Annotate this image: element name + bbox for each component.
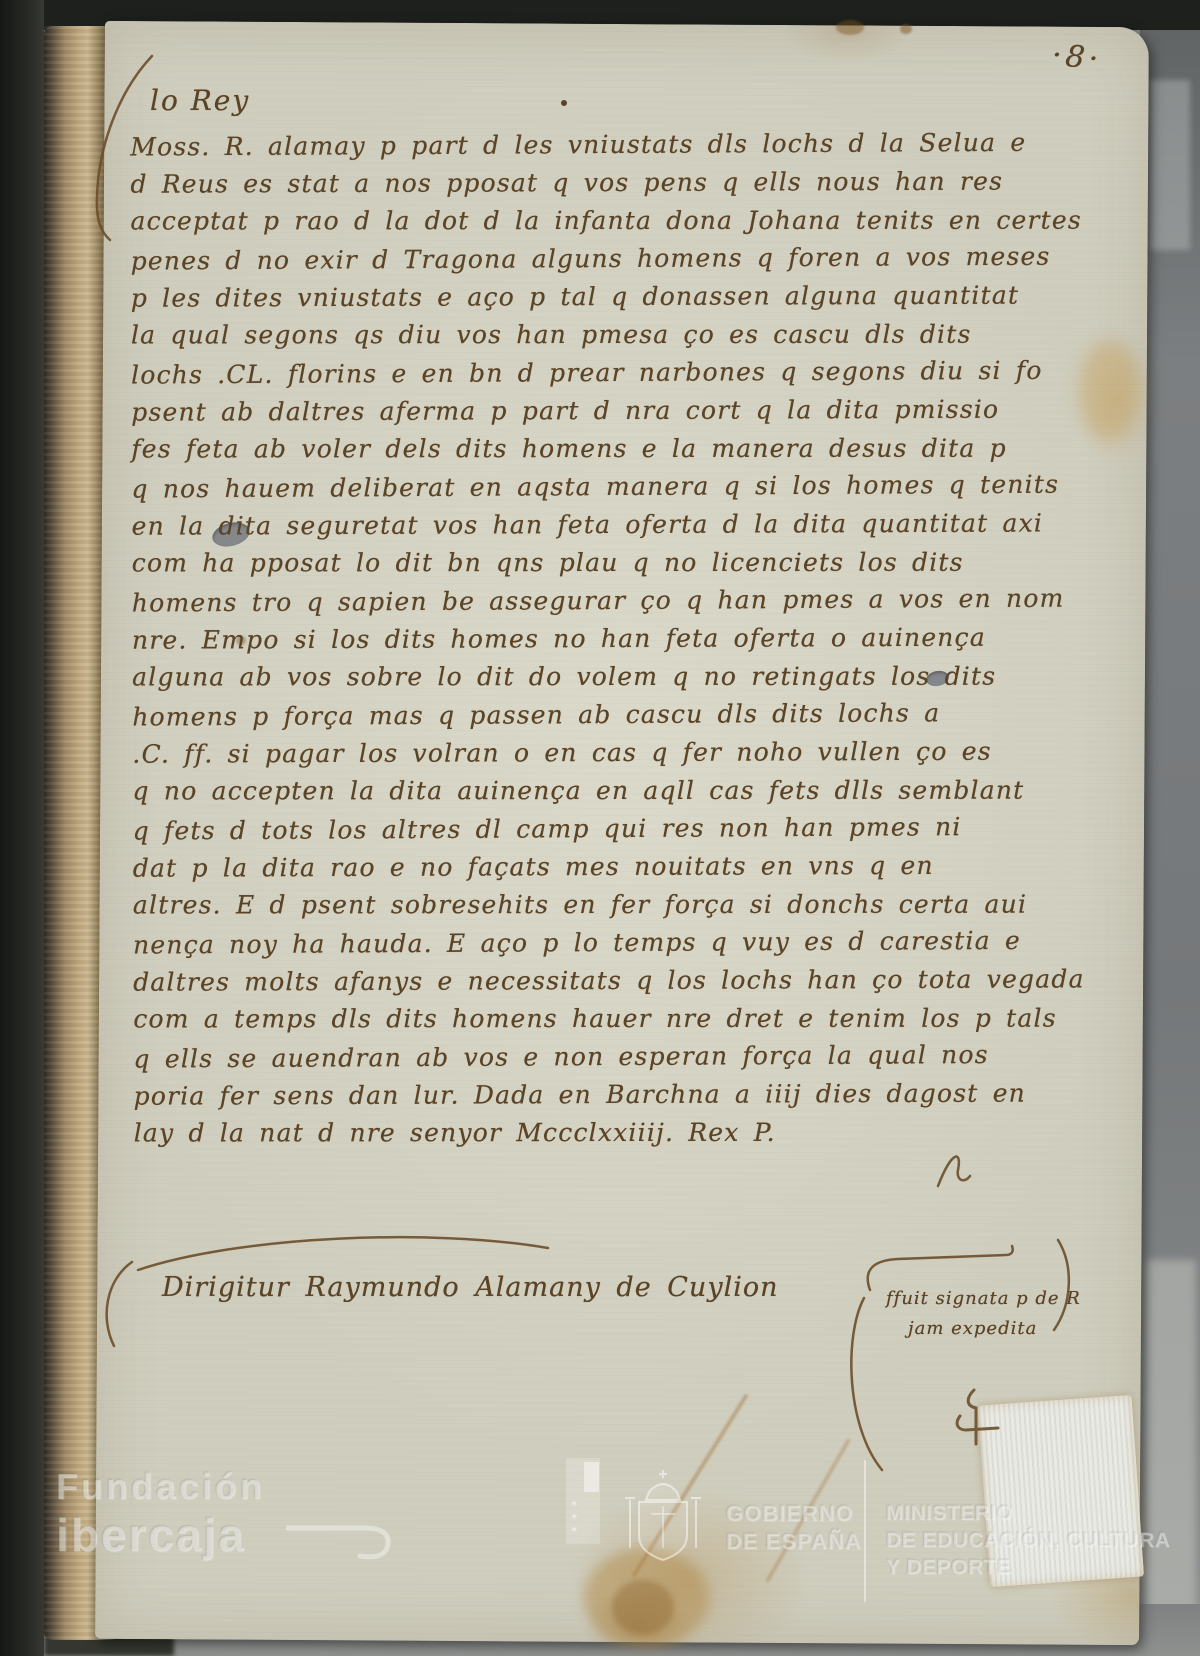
manuscript-photo: { "document": { "folio_mark": "·8·", "he… (0, 0, 1200, 1656)
ministerio-line3: Y DEPORTE (886, 1554, 1170, 1581)
backdrop-light-streak (1150, 80, 1190, 250)
text-line: homens p força mas q passen ab cascu dls… (132, 693, 1092, 736)
ministerio-line1: MINISTERIO (886, 1500, 1170, 1527)
text-line: daltres molts afanys e necessitats q los… (133, 960, 1093, 1001)
address-endorsement: Dirigitur Raymundo Alamany de Cuylion (162, 1272, 779, 1303)
text-line: homens tro q sapien be assegurar ço q ha… (132, 579, 1092, 622)
book-spine (0, 0, 44, 1656)
flag-stars: ✶✶✶ (570, 1498, 578, 1537)
watermark-divider (864, 1460, 866, 1602)
text-line: psent ab daltres aferma p part d nra cor… (131, 390, 1091, 431)
watermark-fundacion-line1: Fundación (56, 1466, 265, 1508)
text-line: lochs .CL. florins e en bn d prear narbo… (131, 351, 1091, 394)
text-line: q ells se auendran ab vos e non esperan … (133, 1035, 1093, 1078)
text-line: dat p la dita rao e no façats mes nouita… (133, 846, 1093, 887)
text-line: com ha pposat lo dit bn qns plau q no li… (132, 544, 1092, 583)
text-line: penes d no exir d Tragona alguns homens … (131, 237, 1091, 280)
text-line: .C. ff. si pagar los volran o en cas q f… (132, 732, 1092, 773)
spain-coat-of-arms-icon (618, 1466, 708, 1570)
ink-dot (561, 100, 567, 106)
text-line: p les dites vniustats e aço p tal q dona… (131, 276, 1091, 317)
ministerio-line2: DE EDUCACIÓN, CULTURA (886, 1527, 1170, 1554)
text-line: com a temps dls dits homens hauer nre dr… (133, 1000, 1093, 1039)
text-line: en la dita seguretat vos han feta oferta… (132, 504, 1092, 545)
watermark-fundacion-line2: ibercaja (56, 1508, 246, 1562)
text-line: acceptat p rao d la dot d la infanta don… (131, 202, 1091, 241)
watermark-gobierno: GOBIERNO DE ESPAÑA (726, 1500, 862, 1556)
chancery-note-line1: ffuit signata p de R (886, 1288, 1081, 1309)
text-line: poria fer sens dan lur. Dada en Barchna … (134, 1074, 1094, 1115)
text-line: lay d la nat d nre senyor Mccclxxiiij. R… (134, 1114, 1094, 1153)
gobierno-line1: GOBIERNO (726, 1500, 862, 1528)
ibercaja-swirl-icon (286, 1502, 406, 1566)
text-line: q fets d tots los altres dl camp qui res… (133, 807, 1093, 850)
gobierno-line2: DE ESPAÑA (726, 1528, 862, 1556)
text-line: q no accepten la dita auinença en aqll c… (133, 772, 1093, 811)
flag-notch (584, 1462, 599, 1492)
text-line: alguna ab vos sobre lo dit do volem q no… (132, 658, 1092, 697)
text-line: la qual segons qs diu vos han pmesa ço e… (131, 316, 1091, 355)
flag-icon: ✶✶✶ (566, 1458, 600, 1544)
letter-body: Moss. R. alamay p part d les vniustats d… (130, 124, 1094, 1153)
text-line: d Reus es stat a nos pposat q vos pens q… (130, 162, 1090, 203)
text-line: Moss. R. alamay p part d les vniustats d… (130, 123, 1090, 166)
text-line: nença noy ha hauda. E aço p lo temps q v… (133, 921, 1093, 964)
text-line: q nos hauem deliberat en aqsta manera q … (131, 465, 1091, 508)
text-line: altres. E d psent sobresehits en fer for… (133, 886, 1093, 925)
folio-number: ·8· (1050, 37, 1104, 77)
letter-heading: lo Rey (150, 84, 250, 117)
watermark-ministerio: MINISTERIO DE EDUCACIÓN, CULTURA Y DEPOR… (886, 1500, 1170, 1581)
text-line: nre. Empo si los dits homes no han feta … (132, 618, 1092, 659)
chancery-note-line2: jam expedita (908, 1318, 1037, 1339)
text-line: fes feta ab voler dels dits homens e la … (131, 430, 1091, 469)
